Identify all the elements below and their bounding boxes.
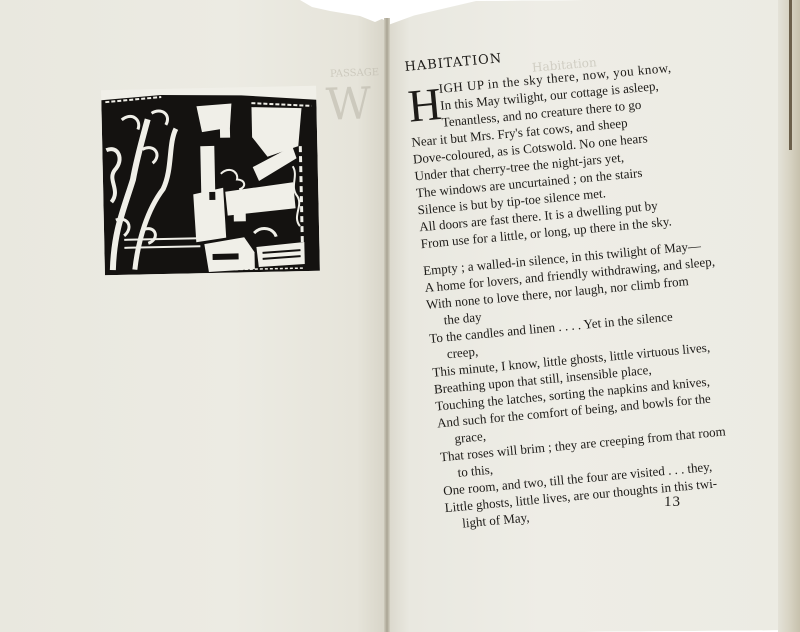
page-edges bbox=[778, 0, 800, 632]
book-gutter bbox=[384, 18, 390, 632]
book-photo: Habitation PASSAGE W HABITATION H IGH UP… bbox=[0, 0, 800, 632]
page-number: 13 bbox=[664, 494, 681, 511]
drop-cap: H bbox=[406, 82, 443, 129]
stanza-2: Empty ; a walled-in silence, in this twi… bbox=[422, 234, 755, 533]
show-through-initial: W bbox=[325, 81, 372, 129]
woodcut-illustration bbox=[101, 86, 320, 275]
stanza-1: H IGH UP in the sky there, now, you know… bbox=[406, 55, 730, 252]
